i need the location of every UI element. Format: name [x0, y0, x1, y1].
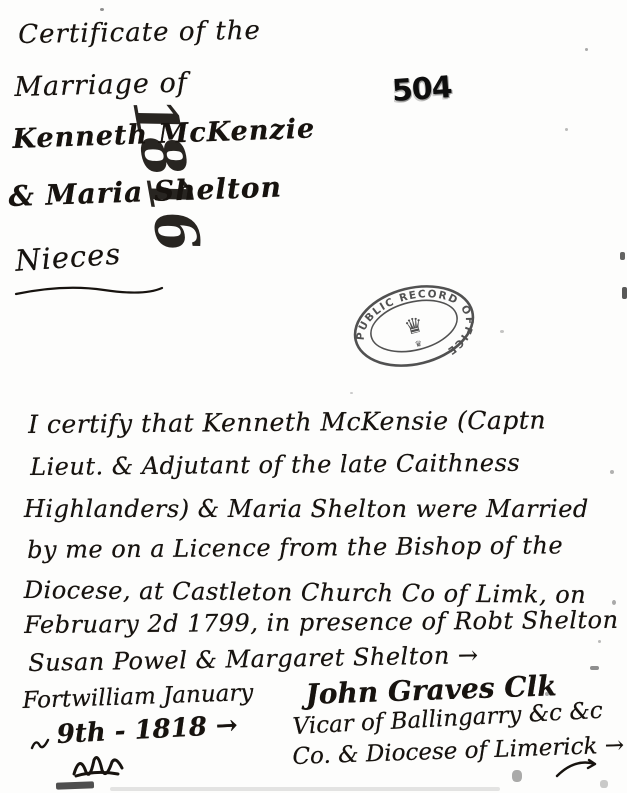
body-line: by me on a Licence from the Bishop of th… — [27, 531, 563, 564]
scan-speck — [100, 8, 104, 11]
body-line: I certify that Kenneth McKensie (Captn — [28, 405, 546, 439]
body-line: February 2d 1799, in presence of Robt Sh… — [24, 606, 619, 639]
scan-speck — [610, 470, 614, 474]
scan-speck — [590, 666, 599, 670]
ink-scribble — [70, 750, 126, 782]
small-crown-icon: ♛ — [414, 339, 423, 349]
bottom-scan-shadow — [512, 770, 522, 782]
crown-icon: ♛ — [402, 312, 426, 340]
scan-speck — [585, 48, 588, 51]
record-office-stamp: PUBLIC RECORD OFFICE ♛ ♛ — [342, 270, 487, 382]
bottom-scan-shadow — [110, 787, 500, 791]
scan-speck — [612, 600, 616, 605]
scan-speck — [350, 392, 353, 394]
bottom-scan-shadow — [600, 780, 608, 788]
ink-flourish — [555, 756, 605, 782]
header-line: Nieces — [14, 237, 122, 278]
body-line: Susan Powel & Margaret Shelton → — [28, 641, 479, 677]
scan-speck — [620, 252, 625, 260]
header-line: Certificate of the — [18, 16, 261, 50]
body-line: Highlanders) & Maria Shelton were Marrie… — [24, 495, 589, 523]
body-line: Diocese, at Castleton Church Co of Limk,… — [24, 576, 587, 609]
scan-speck — [545, 692, 549, 696]
page-number-mark: 504 — [391, 70, 453, 109]
footer-date-line: 9th - 1818 → — [56, 711, 238, 750]
scan-speck — [565, 128, 568, 131]
body-line: Lieut. & Adjutant of the late Caithness — [30, 449, 520, 481]
ink-flourish — [14, 280, 164, 300]
scan-speck — [622, 287, 627, 299]
ink-scribble — [30, 736, 52, 752]
scan-speck — [598, 640, 601, 643]
vertical-ink-mark: 1816 — [119, 92, 213, 255]
scanned-certificate-page: Certificate of the Marriage of Kenneth M… — [0, 0, 627, 793]
scan-speck — [500, 330, 504, 333]
bottom-ink-smudge — [56, 781, 94, 789]
footer-place-line: Fortwilliam January — [22, 680, 254, 714]
